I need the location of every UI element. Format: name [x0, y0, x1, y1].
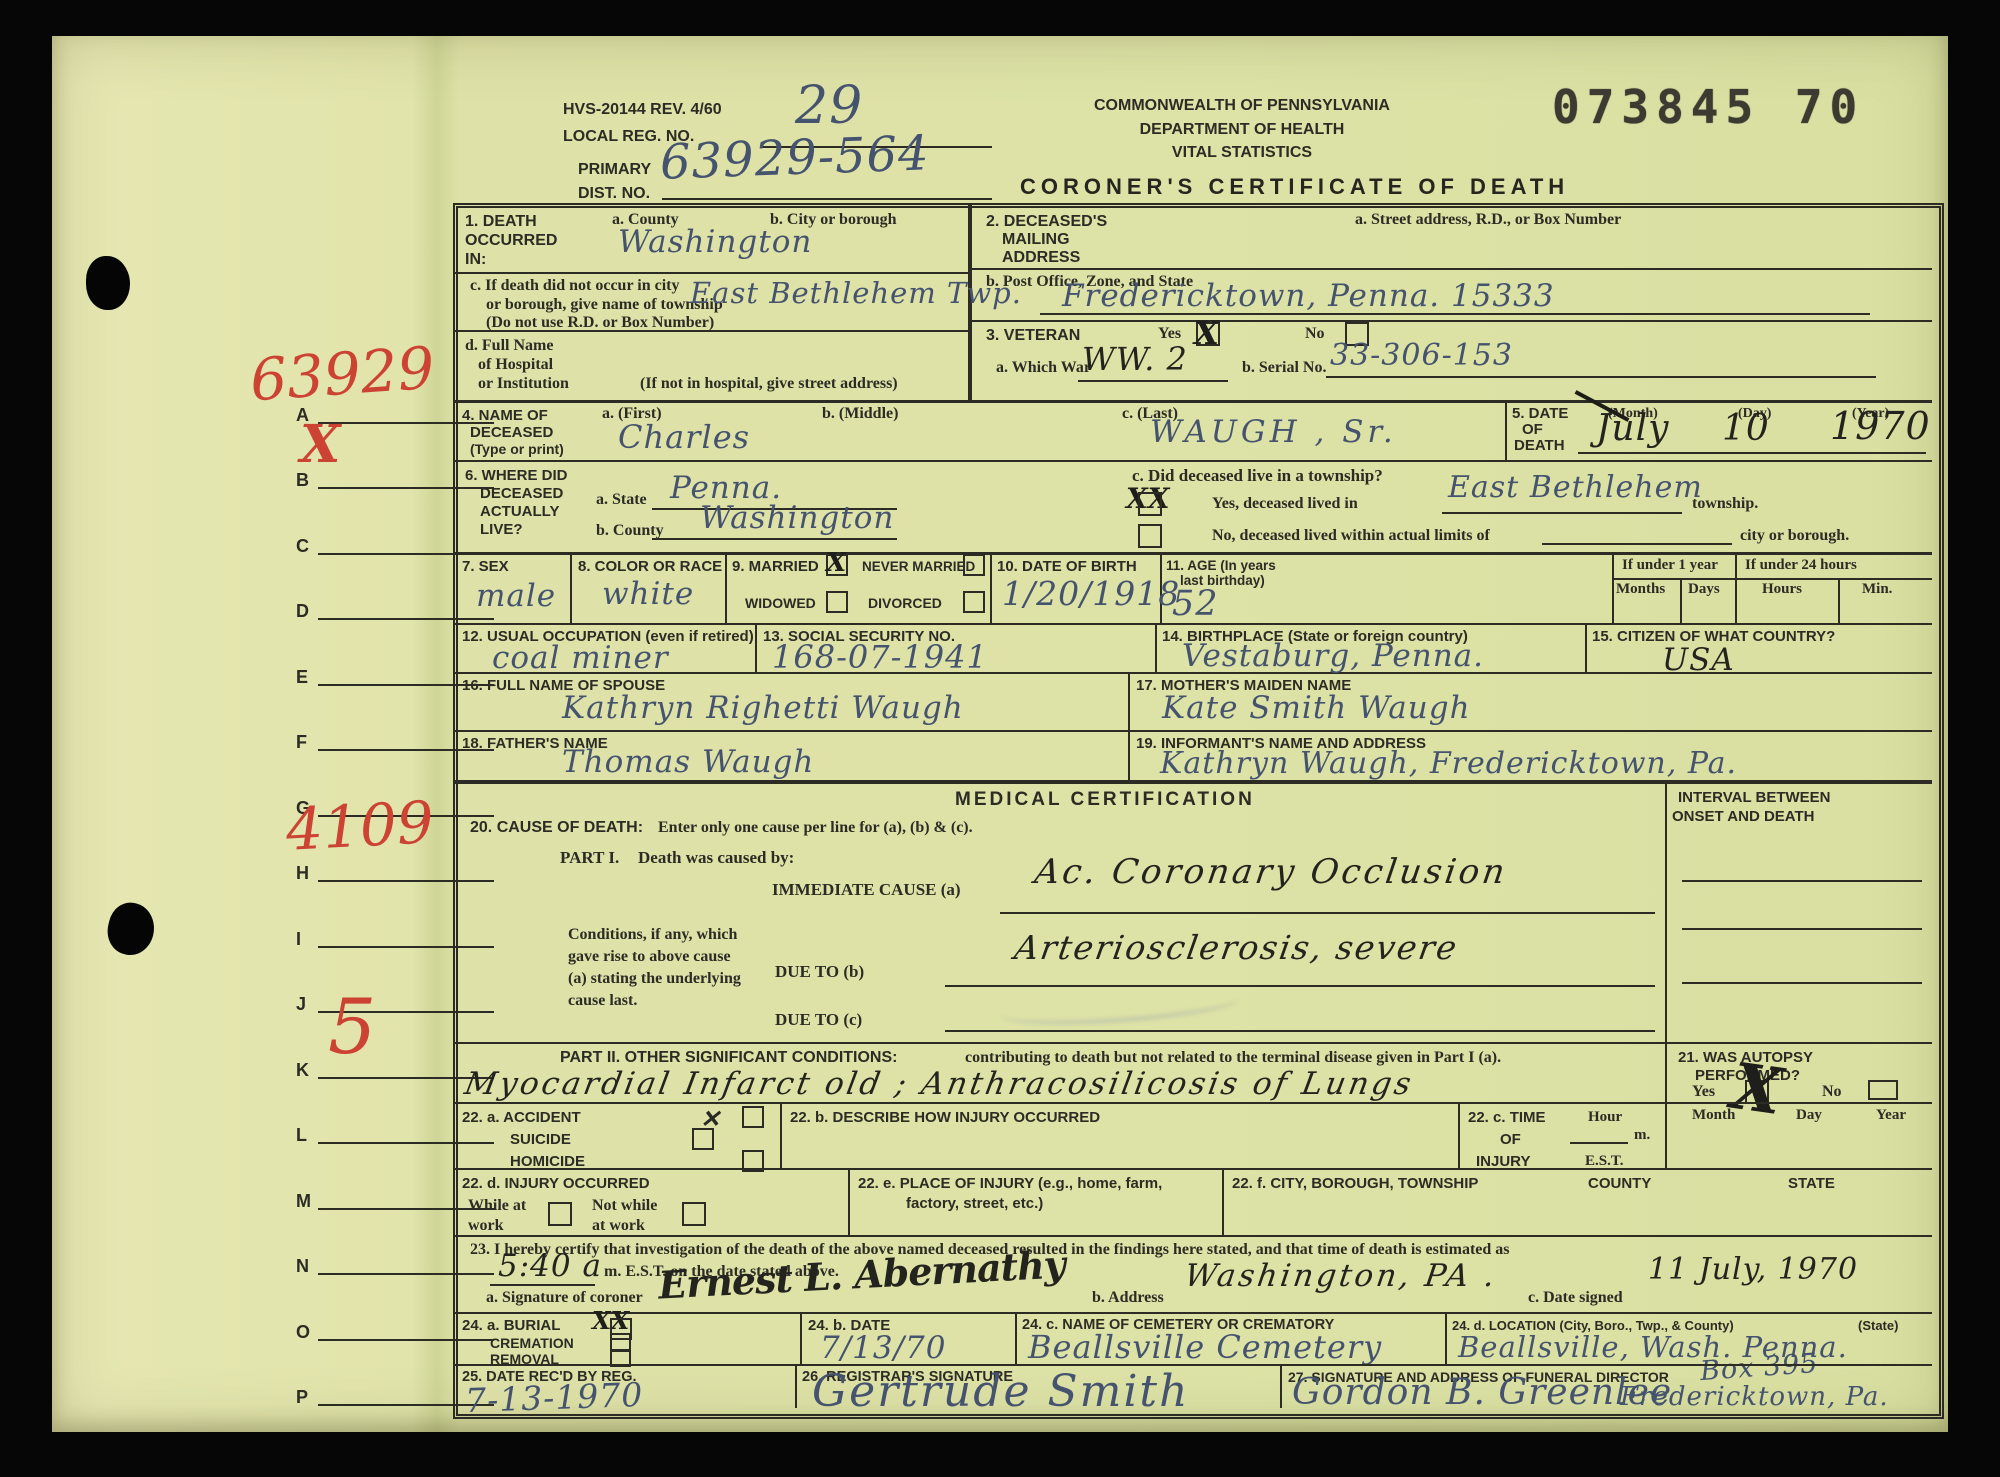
box20-cause-label: 20. CAUSE OF DEATH:	[470, 818, 643, 837]
box7-sex-label: 7. SEX	[462, 557, 509, 576]
conditions-note: cause last.	[568, 991, 637, 1010]
box4a-first-value: Charles	[618, 418, 750, 456]
box22e-place-label: 22. e. PLACE OF INJURY (e.g., home, farm…	[858, 1174, 1162, 1193]
box11-min-label: Min.	[1862, 580, 1892, 599]
box24a-burial-label: 24. a. BURIAL	[462, 1316, 560, 1335]
box23b-address-label: b. Address	[1092, 1288, 1164, 1307]
box22c-time-label: 22. c. TIME	[1468, 1108, 1546, 1127]
box24a-removal-label: REMOVAL	[490, 1350, 559, 1369]
red-number-5: 5	[328, 982, 376, 1071]
box6c-city-suffix: city or borough.	[1740, 526, 1849, 545]
box21-no-checkbox[interactable]	[1868, 1080, 1898, 1100]
box22c-day-label: Day	[1796, 1106, 1822, 1125]
box6c-township-suffix: township.	[1692, 494, 1758, 513]
box20-cause-note: Enter only one cause per line for (a), (…	[658, 818, 973, 837]
box9-never-married-checkbox[interactable]	[963, 554, 985, 576]
part1-note: Death was caused by:	[638, 848, 794, 867]
box4c-last-value: WAUGH , Sr.	[1150, 414, 1397, 450]
conditions-note: gave rise to above cause	[568, 947, 731, 966]
vital-statistics-line: VITAL STATISTICS	[1082, 143, 1402, 162]
box9-divorced-checkbox[interactable]	[963, 591, 985, 613]
box3a-whichwar-value: WW. 2	[1082, 340, 1188, 378]
conditions-note: (a) stating the underlying	[568, 969, 741, 988]
box22d-while-checkbox[interactable]	[548, 1202, 572, 1226]
box6-label: LIVE?	[480, 520, 523, 539]
index-letter: J	[296, 995, 306, 1014]
box22b-describe-label: 22. b. DESCRIBE HOW INJURY OCCURRED	[790, 1108, 1100, 1127]
red-file-number: 63929	[248, 334, 437, 415]
box22d-while-label: While at	[468, 1196, 526, 1215]
box1b-city-label: b. City or borough	[770, 210, 897, 229]
box6c-yes-checkbox[interactable]	[1138, 492, 1162, 516]
index-letter: K	[296, 1061, 309, 1080]
form-number: HVS-20144 REV. 4/60	[563, 100, 722, 119]
box22c-m-label: m.	[1634, 1126, 1650, 1145]
box4b-middle-label: b. (Middle)	[822, 404, 898, 423]
box2b-postoffice-value: Fredericktown, Penna. 15333	[1062, 278, 1555, 314]
box22c-year-label: Year	[1876, 1106, 1906, 1125]
red-file-number-2: 4109	[284, 788, 435, 864]
box25-date-recd-value: 7-13-1970	[464, 1375, 644, 1420]
box6c-township-question: c. Did deceased live in a township?	[1132, 466, 1383, 485]
box27-funeral-director-signature: Gordon B. Greenlee	[1292, 1372, 1672, 1413]
dist-no-label: DIST. NO.	[578, 184, 650, 203]
box8-race-value: white	[602, 576, 694, 612]
index-letter: E	[296, 668, 308, 687]
due-to-b-value: Arteriosclerosis, severe	[1012, 928, 1461, 967]
box6-label: ACTUALLY	[480, 502, 559, 521]
box2-label: 2. DECEASED'S	[986, 212, 1107, 231]
box1d-label: (If not in hospital, give street address…	[640, 374, 898, 393]
box22d-notwhile-label: at work	[592, 1216, 645, 1235]
box5-year-value: 1970	[1830, 404, 1931, 448]
box22c-hour-label: Hour	[1588, 1108, 1622, 1127]
box1-label: OCCURRED	[465, 231, 557, 250]
box9-married-label: 9. MARRIED	[732, 557, 819, 576]
box1d-label: or Institution	[478, 374, 569, 393]
box1d-label: of Hospital	[478, 355, 553, 374]
index-letter: L	[296, 1126, 307, 1145]
index-letter: D	[296, 602, 309, 621]
index-letter: F	[296, 733, 307, 752]
box23a-signature-label: a. Signature of coroner	[486, 1288, 643, 1307]
box22a-suicide-label: SUICIDE	[510, 1130, 571, 1149]
box11-hours-label: Hours	[1762, 580, 1802, 599]
box22d-while-label: work	[468, 1216, 504, 1235]
box24c-cemetery-value: Beallsville Cemetery	[1028, 1328, 1382, 1366]
box2a-street-label: a. Street address, R.D., or Box Number	[1355, 210, 1621, 229]
index-letter: H	[296, 864, 309, 883]
box22f-city-label: 22. f. CITY, BOROUGH, TOWNSHIP	[1232, 1174, 1478, 1193]
box10-dob-value: 1/20/1918	[1002, 574, 1180, 613]
box6-label: DECEASED	[480, 484, 563, 503]
box21-yes-label: Yes	[1692, 1082, 1715, 1101]
box22c-month-label: Month	[1692, 1106, 1735, 1125]
box22a-suicide-checkbox[interactable]	[692, 1128, 714, 1150]
immediate-cause-label: IMMEDIATE CAUSE (a)	[772, 880, 961, 899]
box6b-county-value: Washington	[700, 500, 894, 536]
box3-yes-mark: X	[1194, 314, 1219, 352]
box11-months-label: Months	[1616, 580, 1665, 599]
box7-sex-value: male	[476, 578, 556, 614]
conditions-note: Conditions, if any, which	[568, 925, 737, 944]
index-letter: M	[296, 1192, 311, 1211]
box3-no-label: No	[1305, 324, 1325, 343]
box23b-address-value: Washington, PA .	[1182, 1258, 1499, 1294]
index-letter: N	[296, 1257, 309, 1276]
box24d-state-label: (State)	[1858, 1316, 1898, 1335]
part2-note: contributing to death but not related to…	[965, 1048, 1501, 1067]
box22f-county-label: COUNTY	[1588, 1174, 1651, 1193]
box21-yes-mark: X	[1727, 1049, 1787, 1130]
index-letter: O	[296, 1323, 310, 1342]
box1c-label: or borough, give name of township	[486, 295, 723, 314]
box23-time-value: 5:40 a	[498, 1248, 602, 1284]
primary-dist-value: 63929-564	[659, 125, 930, 190]
primary-label: PRIMARY	[578, 160, 651, 179]
box26-registrar-signature: Gertrude Smith	[812, 1366, 1189, 1417]
box22d-notwhile-label: Not while	[592, 1196, 657, 1215]
box6-label: 6. WHERE DID	[465, 466, 568, 485]
box15-citizen-value: USA	[1662, 642, 1735, 678]
box6a-state-label: a. State	[596, 490, 647, 509]
interval-label: INTERVAL BETWEEN	[1678, 788, 1831, 807]
box22c-time-label: OF	[1500, 1130, 1521, 1149]
box1a-county-value: Washington	[618, 224, 812, 260]
department-line: DEPARTMENT OF HEALTH	[1082, 120, 1402, 139]
box11-under1yr-label: If under 1 year	[1622, 556, 1718, 575]
box17-mother-value: Kate Smith Waugh	[1162, 690, 1471, 726]
certificate-title: CORONER'S CERTIFICATE OF DEATH	[1020, 174, 1569, 200]
box6c-no-checkbox[interactable]	[1138, 524, 1162, 548]
box3a-whichwar-label: a. Which War	[996, 358, 1091, 377]
part2-value: Myocardial Infarct old ; Anthracosilicos…	[462, 1066, 1417, 1102]
box14-birthplace-value: Vestaburg, Penna.	[1182, 638, 1484, 674]
box22e-place-label: factory, street, etc.)	[906, 1194, 1043, 1213]
box9-widowed-label: WIDOWED	[745, 594, 816, 613]
box23c-date-label: c. Date signed	[1528, 1288, 1623, 1307]
interval-label: ONSET AND DEATH	[1672, 807, 1815, 826]
box8-race-label: 8. COLOR OR RACE	[578, 557, 722, 576]
registration-stamp-number: 073845 70	[1552, 80, 1864, 134]
box23c-date-value: 11 July, 1970	[1648, 1252, 1858, 1287]
part2-label: PART II. OTHER SIGNIFICANT CONDITIONS:	[560, 1048, 897, 1067]
index-letter: P	[296, 1388, 308, 1407]
commonwealth-line: COMMONWEALTH OF PENNSYLVANIA	[1082, 96, 1402, 115]
box22a-accident-checkbox[interactable]	[742, 1106, 764, 1128]
box11-days-label: Days	[1688, 580, 1720, 599]
box9-never-married-label: NEVER MARRIED	[862, 557, 975, 576]
box6c-no-label: No, deceased lived within actual limits …	[1212, 526, 1490, 545]
box1d-label: d. Full Name	[465, 336, 553, 355]
box3b-serial-label: b. Serial No.	[1242, 358, 1326, 377]
box4-label: (Type or print)	[470, 440, 564, 459]
punch-hole	[86, 256, 130, 310]
box1-label: 1. DEATH	[465, 212, 537, 231]
due-to-b-label: DUE TO (b)	[775, 962, 864, 981]
box5-day-value: 10	[1722, 408, 1770, 449]
box1c-label: c. If death did not occur in city	[470, 276, 679, 295]
immediate-cause-value: Ac. Coronary Occlusion	[1032, 852, 1510, 892]
box3-label: 3. VETERAN	[986, 326, 1080, 345]
box9-widowed-checkbox[interactable]	[826, 591, 848, 613]
medical-certification-title: MEDICAL CERTIFICATION	[955, 790, 1255, 809]
box11-age-value: 52	[1172, 584, 1219, 624]
box11-under24hr-label: If under 24 hours	[1745, 556, 1857, 575]
index-letter: I	[296, 930, 301, 949]
box22a-accident-label: 22. a. ACCIDENT	[462, 1108, 581, 1127]
box6c-township-value: East Bethlehem	[1448, 470, 1703, 505]
box24b-date-value: 7/13/70	[820, 1330, 947, 1366]
box1-label: IN:	[465, 250, 486, 269]
box1c-township-value: East Bethlehem Twp.	[690, 276, 1022, 310]
box9-divorced-label: DIVORCED	[868, 594, 942, 613]
box3b-serial-value: 33-306-153	[1330, 338, 1513, 373]
box21-no-label: No	[1822, 1082, 1842, 1101]
due-to-c-label: DUE TO (c)	[775, 1010, 862, 1029]
part1-label: PART I.	[560, 848, 619, 867]
box22f-state-label: STATE	[1788, 1174, 1835, 1193]
red-x-mark: X	[300, 414, 340, 475]
scanned-death-certificate: A B C D E F G H I J K L M N O P 63929 X …	[0, 0, 2000, 1477]
box18-father-value: Thomas Waugh	[562, 744, 814, 780]
box22d-notwhile-checkbox[interactable]	[682, 1202, 706, 1226]
box9-married-mark: X	[826, 548, 846, 578]
box16-spouse-value: Kathryn Righetti Waugh	[562, 690, 964, 726]
box22d-injury-occurred-label: 22. d. INJURY OCCURRED	[462, 1174, 650, 1193]
box19-informant-value: Kathryn Waugh, Fredericktown, Pa.	[1160, 746, 1737, 781]
box2-label: MAILING	[1002, 230, 1070, 249]
box13-ssn-value: 168-07-1941	[772, 638, 988, 676]
box5-label: DEATH	[1514, 436, 1565, 455]
box2-label: ADDRESS	[1002, 248, 1080, 267]
box12-occupation-value: coal miner	[492, 640, 669, 676]
index-letter: C	[296, 537, 309, 556]
box6c-yes-label: Yes, deceased lived in	[1212, 494, 1358, 513]
box27-funeral-director-address: Fredericktown, Pa.	[1620, 1382, 1889, 1412]
box5-month-value: July	[1596, 408, 1669, 449]
